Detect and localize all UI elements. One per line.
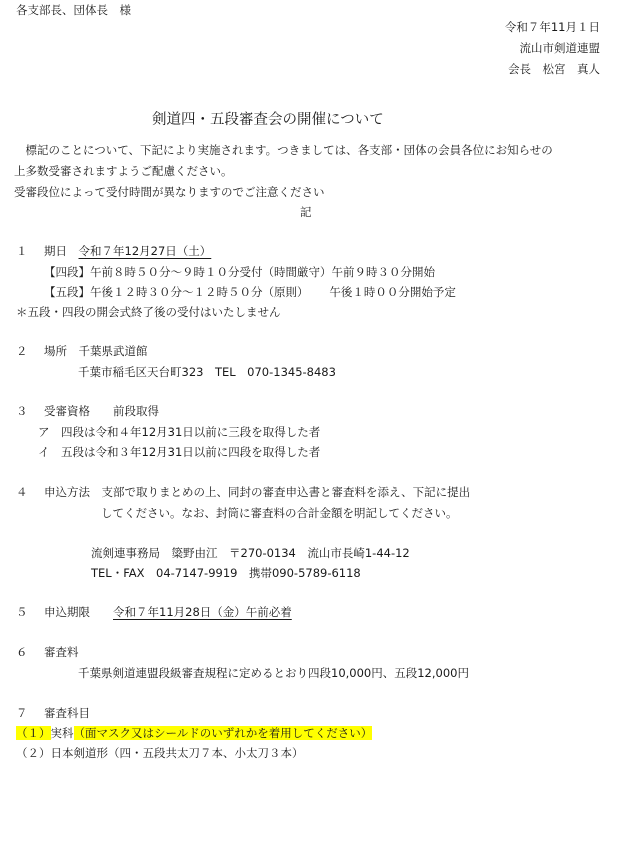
exam-date: 令和７年12月27日（土） xyxy=(79,244,212,258)
reception-note: ＊五段・四段の開会式終了後の受付はいたしません xyxy=(16,304,281,320)
section-fee: ６審査料 xyxy=(16,644,79,660)
page-title: 剣道四・五段審査会の開催について xyxy=(152,110,384,130)
section-label: 審査科目 xyxy=(44,706,90,720)
section-number: ５ xyxy=(16,604,44,620)
section-number: ７ xyxy=(16,705,44,721)
section-application: ４申込方法 支部で取りまとめの上、同封の審査申込書と審査料を添え、下記に提出 xyxy=(16,484,470,500)
section-deadline: ５申込期限 令和７年11月28日（金）午前必着 xyxy=(16,604,292,620)
subject-practical: （１）実科（面マスク又はシールドのいずれかを着用してください） xyxy=(16,725,372,741)
section-date: １期日 令和７年12月27日（土） xyxy=(16,243,211,259)
subject-kata: （２）日本剣道形（四・五段共太刀７本、小太刀３本） xyxy=(16,745,304,761)
venue-address: 千葉市稲毛区天台町323 TEL 070-1345-8483 xyxy=(78,364,336,380)
section-label: 申込期限 xyxy=(44,605,90,619)
intro-line-2: 上多数受審されますようご配慮ください。 xyxy=(14,163,233,179)
eligibility-godan: イ 五段は令和３年12月31日以前に四段を取得した者 xyxy=(38,444,320,460)
section-number: ２ xyxy=(16,343,44,359)
section-label: 期日 xyxy=(44,244,67,258)
application-instructions-2: してください。なお、封筒に審査料の合計金額を明記してください。 xyxy=(101,505,458,521)
section-label: 場所 xyxy=(44,344,67,358)
mask-requirement-note: （面マスク又はシールドのいずれかを着用してください） xyxy=(74,726,373,740)
fee-details: 千葉県剣道連盟段級審査規程に定めるとおり四段10,000円、五段12,000円 xyxy=(78,665,469,681)
eligibility-yondan: ア 四段は令和４年12月31日以前に三段を取得した者 xyxy=(38,424,320,440)
godan-schedule: 【五段】午後１２時３０分～１２時５０分（原則） 午後１時００分開始予定 xyxy=(44,284,456,300)
office-contact-address: 流剣連事務局 簗野由江 〒270-0134 流山市長崎1-44-12 xyxy=(91,545,410,561)
section-venue: ２場所 千葉県武道館 xyxy=(16,343,148,359)
yondan-schedule: 【四段】午前８時５０分～９時１０分受付（時間厳守）午前９時３０分開始 xyxy=(44,264,435,280)
section-number: ４ xyxy=(16,484,44,500)
section-number: ３ xyxy=(16,403,44,419)
application-instructions-1: 支部で取りまとめの上、同封の審査申込書と審査料を添え、下記に提出 xyxy=(102,485,471,499)
subject-label: 実科 xyxy=(51,726,74,740)
venue-name: 千葉県武道館 xyxy=(79,344,148,358)
subject-number: （１） xyxy=(16,726,51,740)
section-label: 申込方法 xyxy=(44,485,90,499)
intro-line-3: 受審段位によって受付時間が異なりますのでご注意ください xyxy=(14,184,325,200)
section-label: 受審資格 xyxy=(44,404,90,418)
deadline-date: 令和７年11月28日（金）午前必着 xyxy=(113,605,292,619)
subject-text: 日本剣道形（四・五段共太刀７本、小太刀３本） xyxy=(51,746,304,760)
intro-line-1: 標記のことについて、下記により実施されます。つきましては、各支部・団体の会員各位… xyxy=(14,142,553,158)
addressee: 各支部長、団体長 様 xyxy=(16,2,131,18)
eligibility-summary: 前段取得 xyxy=(113,404,159,418)
section-eligibility: ３受審資格 前段取得 xyxy=(16,403,159,419)
section-number: １ xyxy=(16,243,44,259)
section-label: 審査料 xyxy=(44,645,79,659)
ki-heading: 記 xyxy=(300,204,312,220)
office-contact-phone: TEL・FAX 04-7147-9919 携帯090-5789-6118 xyxy=(91,565,361,581)
subject-number: （２） xyxy=(16,746,51,760)
section-subjects: ７審査科目 xyxy=(16,705,90,721)
sender-person: 会長 松宮 真人 xyxy=(508,61,600,77)
section-number: ６ xyxy=(16,644,44,660)
sender-org: 流山市剣道連盟 xyxy=(520,40,601,56)
issue-date: 令和７年11月１日 xyxy=(505,19,600,35)
